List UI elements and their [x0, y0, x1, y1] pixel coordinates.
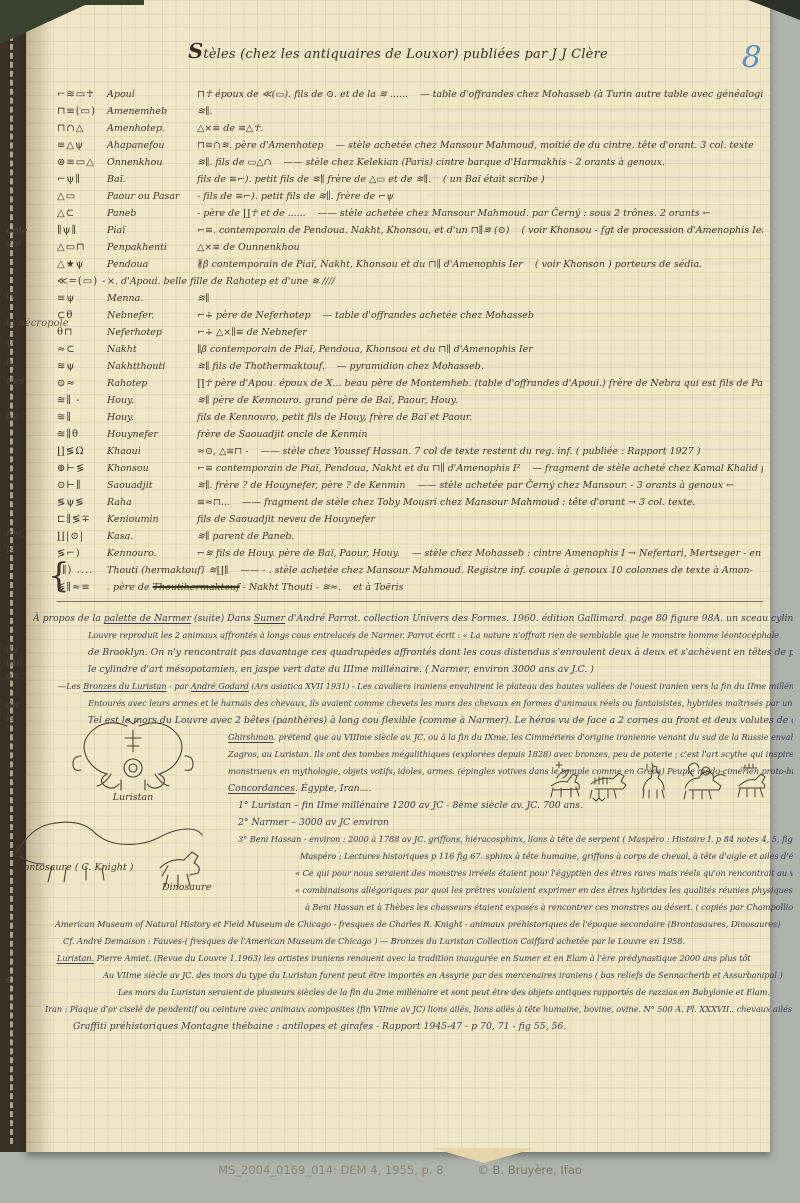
stela-note: —— stèle achetée par Černý chez Mansour.… — [411, 480, 734, 491]
stela-name: Rahotep — [107, 375, 197, 392]
hieroglyph-icon: ≪=(▭) - — [57, 273, 107, 290]
stela-entry: △⊂Paneb- père de ∐☥ et de ......—— stèle… — [57, 205, 763, 222]
hybrid-animals-sketch — [543, 756, 771, 804]
hieroglyph-icon: ⊏∥≶∓ — [57, 511, 107, 528]
hieroglyph-icon: ≋∥ - — [57, 392, 107, 409]
stela-entry: ⊏∥≶∓Keniouminfils de Saouadjit neveu de … — [57, 511, 763, 528]
stela-name: Neferhotep — [107, 324, 197, 341]
stela-entry: ≋∥Houy.fils de Kennouro, petit fils de H… — [57, 409, 763, 426]
hieroglyph-icon: ≈⊂ — [57, 341, 107, 358]
stela-description: ≋∥. — [197, 106, 218, 117]
stela-description: ×. d'Apoui. belle fille de Rahotep et d'… — [107, 276, 341, 287]
notebook-page: Stèles (chez les antiquaires de Louxor) … — [26, 0, 770, 1152]
hieroglyph-icon: ⊕⊢≶ — [57, 460, 107, 477]
stela-name: Amenemheb — [107, 103, 197, 120]
note-line: le cylindre d'art mésopotamien, en jaspe… — [33, 661, 793, 678]
stela-name: Piaï — [107, 222, 197, 239]
stela-name: Baï. — [107, 171, 197, 188]
stela-name: Paneb — [107, 205, 197, 222]
stela-entry: ≶ψ≶Raha≡≈⊓...—— fragment de stèle chez T… — [57, 494, 763, 511]
stela-name: Pendoua — [107, 256, 197, 273]
stela-name: Houynefer — [107, 426, 197, 443]
stela-entry: △▭⊓Penpakhenti△×≡ de Ounnenkhou — [57, 239, 763, 256]
stela-entry: ⊚≡▭△Onnenkhou≋∥. fils de ▭△∩—— stèle che… — [57, 154, 763, 171]
page-number: 8 — [741, 40, 762, 76]
stela-name: Houy. — [107, 392, 197, 409]
stela-entry: ≋∥ -Houy.≋∥ père de Kennouro. grand père… — [57, 392, 763, 409]
page-edges — [770, 0, 800, 1148]
stela-entry: ⊙≈Rahotep∏☥ père d'Apou. époux de X... b… — [57, 375, 763, 392]
stela-description: ≋∐∥ — [208, 565, 234, 576]
stela-description: ≋∥. fils de ▭△∩ — [197, 157, 278, 168]
hieroglyph-icon: △▭ — [57, 188, 107, 205]
hieroglyph-icon: ≋∥θ — [57, 426, 107, 443]
brontosaure-label-text: Brontosaure — [12, 862, 72, 873]
stela-note: —— fragment de stèle chez Toby Mousri ch… — [236, 497, 695, 508]
stela-entry: ⌐≋▭☥Apoui⊓☥ époux de ≪(▭). fils de ⊙. et… — [57, 86, 763, 103]
stela-entry: θ⊓Neferhotep⌐∔ △×∥≡ de Nebnefer — [57, 324, 763, 341]
stela-entry: ⊙⊢∥Saouadjit≋∥. frère ? de Houynefer, pè… — [57, 477, 763, 494]
hieroglyph-icon: ⊂θ — [57, 307, 107, 324]
luristan-sketch-label: Luristan — [58, 792, 208, 803]
stela-name: Kasa. — [107, 528, 197, 545]
stela-entry: ≶∥≈≡. père de Thoutihermaktouf - Nakht T… — [57, 579, 763, 596]
hieroglyph-icon: ⊓∩△ — [57, 120, 107, 137]
hieroglyph-icon: ⊓≡(▭) — [57, 103, 107, 120]
note-line: Louvre reproduit les 2 animaux affrontés… — [33, 627, 793, 644]
hieroglyph-icon: ∐|⊙| — [57, 528, 107, 545]
hieroglyph-icon: △▭⊓ — [57, 239, 107, 256]
stela-note: ( voir Khonsou - fgt de procession d'Ame… — [515, 225, 763, 236]
stela-entry: ≪=(▭) -×. d'Apoui. belle fille de Rahote… — [57, 273, 763, 290]
archive-reference: MS_2004_0169_014: DEM 4, 1955, p. 8 — [218, 1163, 443, 1177]
note-line: à Beni Hassan et à Thèbes les chasseurs … — [33, 899, 793, 916]
cover-top-edge — [26, 0, 144, 5]
cover-corner-right — [748, 0, 800, 20]
cover-corner — [0, 0, 96, 44]
stela-description: ≋∥ — [197, 293, 215, 304]
stela-name: Khonsou — [107, 460, 197, 477]
stela-description: ⌐≋ fils de Houy. père de Baï, Paour, Hou… — [197, 548, 406, 559]
note-line: Les mors du Luristan seraient de plusieu… — [33, 984, 793, 1001]
stela-name: Nebnefer. — [107, 307, 197, 324]
stela-description: ≡≈⊓... — [197, 497, 236, 508]
hieroglyph-icon: ⊙⊢∥ — [57, 477, 107, 494]
stela-entry: ⌐ψ∥Baï.fils de ≡⌐). petit fils de ≋∥ frè… — [57, 171, 763, 188]
stela-name: Thouti (hermaktouf) — [107, 562, 208, 579]
hieroglyph-icon: θ⊓ — [57, 324, 107, 341]
stela-name: Khaoui — [107, 443, 197, 460]
stela-name: Raha — [107, 494, 197, 511]
stela-note: ( un Baï était scribe ) — [437, 174, 545, 185]
stela-entry: ≡△ψAhapanefou⊓≡∩≋. père d'Amenhotep— stè… — [57, 137, 763, 154]
stela-name: Nakhtthouti — [107, 358, 197, 375]
stela-entry: ≋∥θHouyneferfrère de Saouadjit oncle de … — [57, 426, 763, 443]
stela-entry: ∐≶ΩKhaoui≈⊙, △≡⊓ -—— stèle chez Youssef … — [57, 443, 763, 460]
brontosaure-sketch: Brontosaure ( C. Knight ) Dinosaure — [10, 810, 230, 895]
note-line: Cf. André Demaison : Fauves-( fresques d… — [33, 933, 793, 950]
notebook-scan: Stèles (chez les antiquaires de Louxor) … — [0, 0, 800, 1203]
stela-note: — fragment de stèle acheté chez Kamal Kh… — [526, 463, 763, 474]
stela-description: ⌐∔ père de Neferhotep — [197, 310, 317, 321]
stela-note: ( voir Khonson ) porteurs de sédia. — [529, 259, 702, 270]
stela-description: frère de Saouadjit oncle de Kenmin — [197, 429, 373, 440]
stela-entry: ⊂θNebnefer.⌐∔ père de Neferhotep— table … — [57, 307, 763, 324]
stela-name: Menna. — [107, 290, 197, 307]
hieroglyph-icon: ≶ψ≶ — [57, 494, 107, 511]
knight-credit-text: ( C. Knight ) — [75, 862, 134, 873]
stela-entry: ⊓≡(▭)Amenemheb≋∥. — [57, 103, 763, 120]
section-divider — [57, 601, 763, 602]
stela-description: ⊓≡∩≋. père d'Amenhotep — [197, 140, 329, 151]
note-line: Au VIIme siècle av JC. des mors du type … — [33, 967, 793, 984]
stela-description: △×≡ de ≡△☥. — [197, 123, 269, 134]
stela-note: —— - . stèle achetée chez Mansour Mahmou… — [234, 565, 752, 576]
stela-description: ≋∥ père de Kennouro. grand père de Baï, … — [197, 395, 464, 406]
stela-note: —— stèle achetée chez Mansour Mahmoud. p… — [312, 208, 711, 219]
stela-entry: △▭Paour ou Pasar- fils de ≡⌐). petit fil… — [57, 188, 763, 205]
copyright-credit: © B. Bruyère, Ifao — [477, 1163, 582, 1177]
stela-description: - fils de ≡⌐). petit fils de ≋∥. frère d… — [197, 191, 400, 202]
hieroglyph-icon: ⊙≈ — [57, 375, 107, 392]
note-line: de Brooklyn. On n'y rencontrait pas dava… — [33, 644, 793, 661]
stela-entry: ≈⊂Nakht∥β contemporain de Piaï, Pendoua,… — [57, 341, 763, 358]
stela-name: Apoui — [107, 86, 197, 103]
stela-name: Houy. — [107, 409, 197, 426]
stela-note: — stèle achetée chez Mansour Mahmoud, mo… — [329, 140, 753, 151]
stela-name: Kenioumin — [107, 511, 197, 528]
note-line: Graffiti préhistoriques Montagne thébain… — [33, 1018, 793, 1035]
hieroglyph-icon: △★ψ — [57, 256, 107, 273]
stela-description: ≋∥ parent de Paneb. — [197, 531, 300, 542]
note-line: À propos de la palette de Narmer (suite)… — [33, 610, 793, 627]
page-title: Stèles (chez les antiquaires de Louxor) … — [26, 38, 770, 63]
archive-caption: MS_2004_0169_014: DEM 4, 1955, p. 8© B. … — [0, 1163, 800, 1177]
stela-description: fils de Kennouro, petit fils de Houy, fr… — [197, 412, 478, 423]
stela-note: — table d'offrandes achetée chez Mohasse… — [317, 310, 534, 321]
hieroglyph-icon: △⊂ — [57, 205, 107, 222]
stela-description: ∏☥ père d'Apou. époux de X... beau père … — [197, 378, 763, 389]
note-line: Iran : Plaque d'or ciselé de pendentif o… — [33, 1001, 793, 1018]
stela-description: ⌐∔ △×∥≡ de Nebnefer — [197, 327, 313, 338]
stela-description: fils de ≡⌐). petit fils de ≋∥ frère de △… — [197, 174, 437, 185]
dinosaure-sketch-label: Dinosaure — [162, 882, 211, 893]
stela-note: et à Toëris — [347, 582, 404, 593]
stela-note: — table d'offrandes chez Mohasseb (à Tur… — [414, 89, 763, 100]
note-line: Luristan. Pierre Amiet. (Revue du Louvre… — [33, 950, 793, 967]
stela-description: ∥β contemporain de Piaï, Pendoua, Khonso… — [197, 344, 539, 355]
note-line: —Les Bronzes du Luristan - par André God… — [33, 678, 793, 695]
hieroglyph-icon: ∥ψ∥ — [57, 222, 107, 239]
stelae-list: ⌐≋▭☥Apoui⊓☥ époux de ≪(▭). fils de ⊙. et… — [57, 86, 763, 596]
stela-note: — stèle chez Mohasseb : cintre Amenophis… — [406, 548, 763, 559]
stela-description: fils de Saouadjit neveu de Houynefer — [197, 514, 381, 525]
stela-description: ≈⊙, △≡⊓ - — [197, 446, 254, 457]
stela-entry: ∐|⊙|Kasa.≋∥ parent de Paneb. — [57, 528, 763, 545]
stela-entry: ∥ψ∥Piaï⌐≡. contemporain de Pendoua. Nakh… — [57, 222, 763, 239]
hieroglyph-icon: ≡△ψ — [57, 137, 107, 154]
hieroglyph-icon: ≋∥ — [57, 409, 107, 426]
stela-note: —— stèle chez Youssef Hassan. 7 col de t… — [254, 446, 700, 457]
stela-entry: ≋ψNakhtthouti≋∥ fils de Thothermaktouf.—… — [57, 358, 763, 375]
stela-entry: (∥) ....Thouti (hermaktouf)≋∐∥—— - . stè… — [57, 562, 763, 579]
stela-name: Onnenkhou — [107, 154, 197, 171]
stela-description: ∦β contemporain de Piaï, Nakht, Khonsou … — [197, 259, 529, 270]
notebook-spine — [0, 0, 26, 1152]
stela-entry: △★ψPendoua∦β contemporain de Piaï, Nakht… — [57, 256, 763, 273]
stela-description: ⌐≡ contemporain de Piaï, Pendoua, Nakht … — [197, 463, 526, 474]
brontosaure-sketch-label: Brontosaure ( C. Knight ) — [12, 862, 133, 873]
stela-name: Paour ou Pasar — [107, 188, 197, 205]
hieroglyph-icon: ≡ψ — [57, 290, 107, 307]
stela-name: Ahapanefou — [107, 137, 197, 154]
stela-name: Nakht — [107, 341, 197, 358]
stela-entry: ≶⌐)Kennouro.⌐≋ fils de Houy. père de Baï… — [57, 545, 763, 562]
hieroglyph-icon: ⌐≋▭☥ — [57, 86, 107, 103]
stela-description: - père de ∐☥ et de ...... — [197, 208, 312, 219]
stela-description: ≋∥ fils de Thothermaktouf. — [197, 361, 331, 372]
hieroglyph-icon: ⌐ψ∥ — [57, 171, 107, 188]
stela-name: Saouadjit — [107, 477, 197, 494]
stela-description: ≋∥. frère ? de Houynefer, père ? de Kenm… — [197, 480, 411, 491]
stela-name: Kennouro. — [107, 545, 197, 562]
stela-note: —— stèle chez Kelekian (Paris) cintre ba… — [278, 157, 665, 168]
grouping-brace: { — [48, 556, 70, 596]
stela-entry: ⊕⊢≶Khonsou⌐≡ contemporain de Piaï, Pendo… — [57, 460, 763, 477]
hieroglyph-icon: ⊚≡▭△ — [57, 154, 107, 171]
stela-entry: ⊓∩△Amenhotep.△×≡ de ≡△☥. — [57, 120, 763, 137]
stela-note: — pyramidion chez Mohasseb. — [331, 361, 484, 372]
stela-description: ⌐≡. contemporain de Pendoua. Nakht, Khon… — [197, 225, 515, 236]
hieroglyph-icon: ∐≶Ω — [57, 443, 107, 460]
stela-name: Amenhotep. — [107, 120, 197, 137]
stela-entry: ≡ψMenna.≋∥ — [57, 290, 763, 307]
note-line: American Museum of Natural History et Fi… — [33, 916, 793, 933]
note-line: Entourés avec leurs armes et le harnais … — [33, 695, 793, 712]
stela-name: Penpakhenti — [107, 239, 197, 256]
stela-description: ⊓☥ époux de ≪(▭). fils de ⊙. et de la ≋ … — [197, 89, 414, 100]
luristan-bronze-sketch: Luristan — [58, 716, 208, 803]
hieroglyph-icon: ≋ψ — [57, 358, 107, 375]
stela-description: . père de Thoutihermaktouf - Nakht Thout… — [107, 582, 347, 593]
stela-description: △×≡ de Ounnenkhou — [197, 242, 306, 253]
page-bottom-fold — [432, 1148, 536, 1163]
